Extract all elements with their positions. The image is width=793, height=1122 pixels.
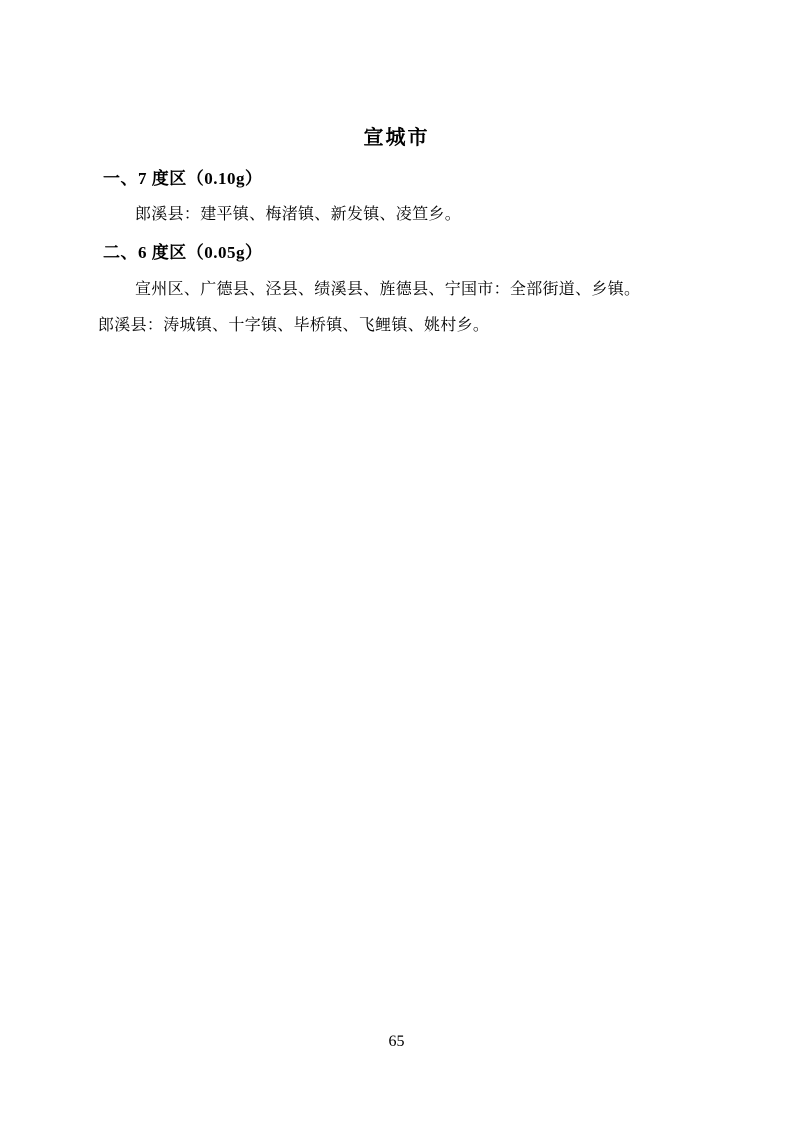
section-1-paragraph-1: 郎溪县：建平镇、梅渚镇、新发镇、凌笪乡。 bbox=[98, 204, 695, 226]
section-1-heading: 一、7 度区（0.10g） bbox=[103, 168, 695, 190]
section-2-paragraph-1: 宣州区、广德县、泾县、绩溪县、旌德县、宁国市：全部街道、乡镇。 bbox=[98, 279, 695, 301]
document-content: 宣城市 一、7 度区（0.10g） 郎溪县：建平镇、梅渚镇、新发镇、凌笪乡。 二… bbox=[98, 126, 695, 337]
document-page: 宣城市 一、7 度区（0.10g） 郎溪县：建平镇、梅渚镇、新发镇、凌笪乡。 二… bbox=[0, 0, 793, 1122]
page-title: 宣城市 bbox=[98, 126, 695, 150]
section-2-paragraph-2: 郎溪县：涛城镇、十字镇、毕桥镇、飞鲤镇、姚村乡。 bbox=[98, 315, 695, 337]
page-number: 65 bbox=[0, 1032, 793, 1052]
section-2-heading: 二、6 度区（0.05g） bbox=[103, 242, 695, 264]
